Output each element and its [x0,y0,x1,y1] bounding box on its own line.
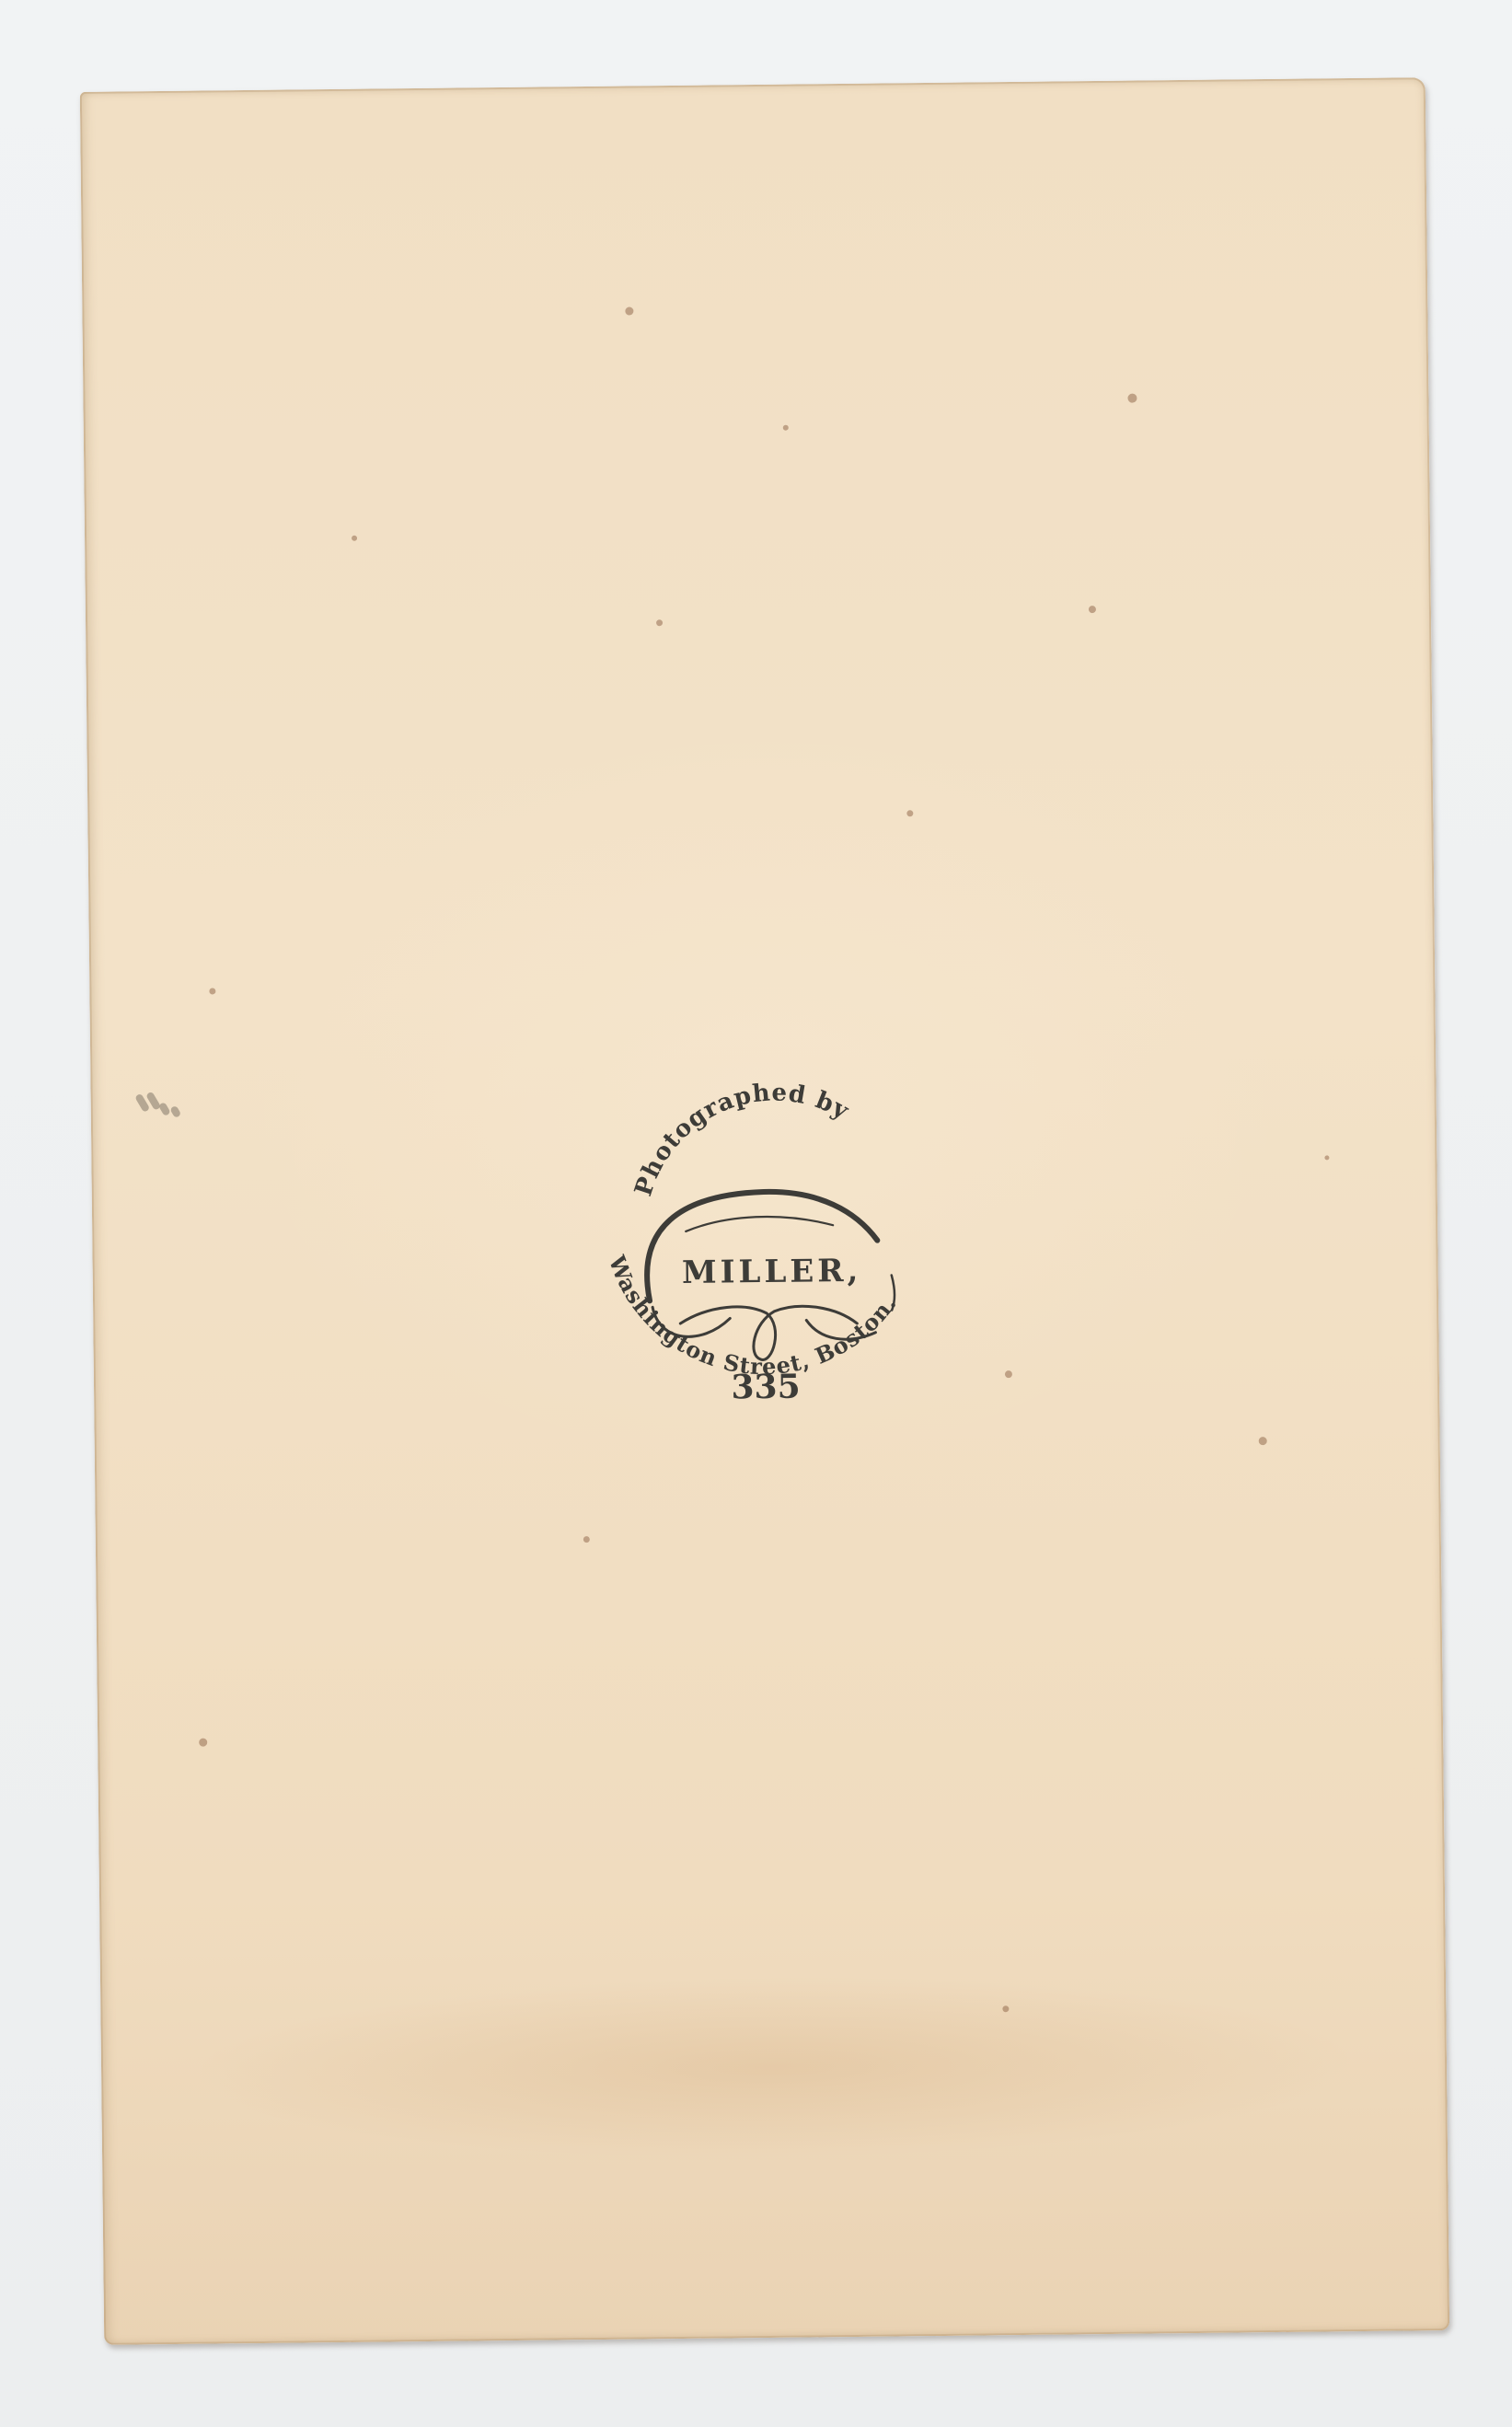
foxing-speck [1005,1370,1012,1378]
foxing-speck [209,988,215,994]
photo-card-back: Photographed by MILLER, 335 Washington S… [80,77,1449,2345]
foxing-speck [783,425,789,431]
foxing-speck [199,1739,207,1747]
foxing-speck [1127,394,1137,403]
foxing-speck [906,810,913,816]
foxing-speck [352,536,357,541]
stamp-studio-name: MILLER, [682,1253,862,1291]
photographer-stamp: Photographed by MILLER, 335 Washington S… [569,1063,960,1454]
foxing-speck [625,306,633,315]
foxing-speck [583,1536,590,1543]
foxing-speck [1002,2005,1009,2012]
stamp-graphic: Photographed by MILLER, 335 Washington S… [569,1063,960,1454]
foxing-speck [1089,606,1096,613]
foxing-speck [1324,1155,1329,1160]
ink-smudge [130,1090,194,1127]
foxing-speck [1259,1437,1267,1445]
stamp-top-arc-text: Photographed by [629,1078,855,1199]
foxing-speck [656,619,663,626]
